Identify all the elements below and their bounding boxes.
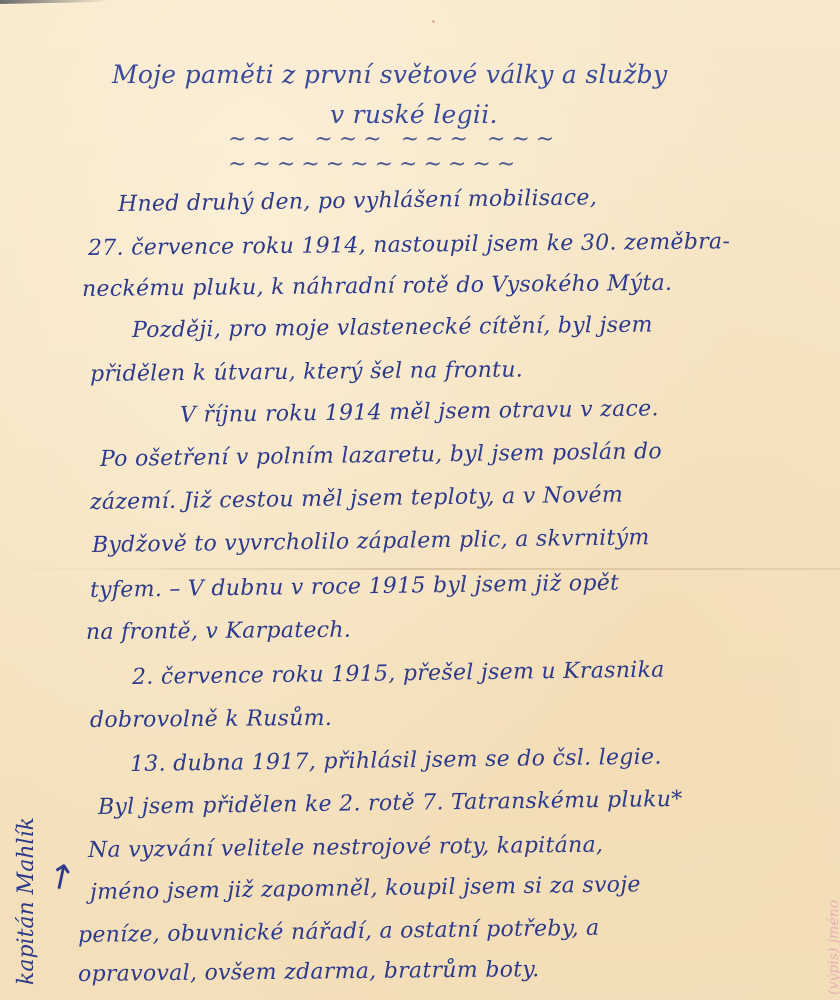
text-line-17: jméno jsem již zapomněl, koupil jsem si …	[90, 872, 641, 905]
text-line-2: 27. července roku 1914, nastoupil jsem k…	[88, 229, 730, 261]
text-line-4: Později, pro moje vlastenecké cítění, by…	[132, 313, 653, 343]
text-line-11: na frontě, v Karpatech.	[86, 618, 351, 645]
text-line-15: Byl jsem přidělen ke 2. rotě 7. Tatransk…	[98, 787, 683, 820]
title-line-1: Moje paměti z první světové války a služ…	[112, 60, 667, 89]
decorative-divider: ~~~ ~~~ ~~~ ~~~ ~~~~~~~~~~~~	[228, 127, 840, 177]
title-line-2: v ruské legii.	[330, 100, 498, 129]
text-line-6: V říjnu roku 1914 měl jsem otravu v zace…	[180, 396, 659, 428]
arrow-up-icon: ↑	[43, 855, 79, 900]
text-line-5: přidělen k útvaru, který šel na frontu.	[90, 357, 523, 387]
paper-fold-line	[0, 568, 840, 570]
text-line-10: tyfem. – V dubnu v roce 1915 byl jsem ji…	[90, 571, 620, 603]
text-line-7: Po ošetření v polním lazaretu, byl jsem …	[100, 439, 662, 472]
paper-speck	[432, 20, 435, 23]
document-page: Moje paměti z první světové války a služ…	[0, 0, 840, 1000]
text-line-13: dobrovolně k Rusům.	[90, 706, 332, 733]
left-margin-annotation: kapitán Mahlík	[14, 817, 39, 985]
paper-speck	[276, 800, 279, 803]
torn-corner-edge	[0, 0, 110, 4]
text-line-14: 13. dubna 1917, přihlásil jsem se do čsl…	[130, 745, 662, 777]
text-line-16: Na vyzvání velitele nestrojové roty, kap…	[88, 833, 604, 863]
text-line-1: Hned druhý den, po vyhlášení mobilisace,	[118, 185, 597, 217]
text-line-19: opravoval, ovšem zdarma, bratrům boty.	[78, 957, 540, 987]
text-line-9: Bydžově to vyvrcholilo zápalem plic, a s…	[92, 525, 650, 558]
right-margin-red-annotation: (výpis) jméno	[826, 900, 840, 995]
text-line-3: neckému pluku, k náhradní rotě do Vysoké…	[82, 271, 673, 302]
text-line-12: 2. července roku 1915, přešel jsem u Kra…	[132, 658, 665, 690]
text-line-18: peníze, obuvnické nářadí, a ostatní potř…	[78, 916, 600, 948]
text-line-8: zázemí. Již cestou měl jsem teploty, a v…	[90, 483, 623, 515]
